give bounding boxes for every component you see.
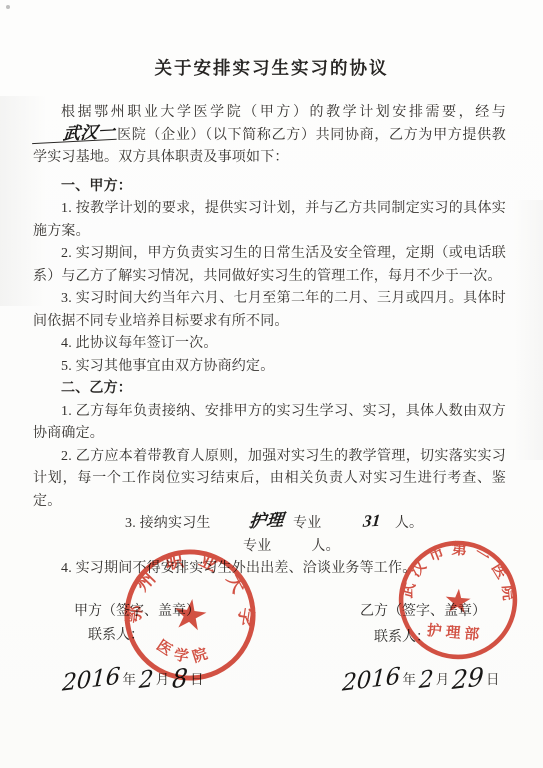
section-b-item-2: 2. 乙方应本着带教育人原则，加强对实习生的教学管理，切实落实实习计划，每一个工…	[33, 446, 506, 514]
section-b-heading: 二、乙方：	[33, 378, 506, 401]
party-b-handwritten-day: 29	[452, 662, 485, 695]
month-unit-b: 月	[436, 672, 451, 687]
document-title: 关于安排实习生实习的协议	[0, 55, 543, 80]
scan-artifact-smudge-right	[513, 200, 543, 460]
party-b-official-seal: 武汉市第一医院 ★ 护理部	[389, 532, 527, 669]
year-unit-b: 年	[403, 672, 418, 687]
intro-text-before-blank: 根据鄂州职业大学医学院（甲方）的教学计划安排需要，经与	[61, 105, 506, 120]
seal-b-star-icon: ★	[442, 582, 474, 620]
seal-b-department-text: 护理部	[426, 621, 484, 644]
day-unit-b: 日	[486, 672, 501, 687]
section-a-item-2: 2. 实习期间，甲方负责实习生的日常生活及安全管理，定期（或电话联系）与乙方了解…	[33, 243, 506, 288]
section-a-item-3: 3. 实习时间大约当年六月、七月至第二年的二月、三月或四月。具体时间依据不同专业…	[33, 288, 506, 333]
accept-prefix: 3. 接纳实习生	[125, 516, 211, 531]
section-b-accept-line-1: 3. 接纳实习生护理专业31人。	[33, 513, 506, 536]
handwritten-count: 31	[335, 514, 382, 530]
party-a-official-seal: 鄂州职业大学 ★ 医学院	[112, 537, 268, 693]
seal-a-bottom-text: 医学院	[152, 635, 217, 669]
count-unit-blank: 人。	[311, 539, 339, 554]
section-b-item-1: 1. 乙方每年负责接纳、安排甲方的实习生学习、实习，具体人数由双方协商确定。	[33, 401, 506, 446]
intro-paragraph: 根据鄂州职业大学医学院（甲方）的教学计划安排需要，经与武汉一医院（企业）（以下简…	[33, 102, 506, 170]
scan-artifact-dot	[6, 5, 10, 9]
major-label: 专业	[293, 516, 321, 531]
major-label-blank: 专业	[243, 539, 271, 554]
section-a-item-1: 1. 按教学计划的要求，提供实习计划，并与乙方共同制定实习的具体实施方案。	[33, 198, 506, 243]
handwritten-major: 护理	[220, 513, 284, 530]
count-unit: 人。	[395, 516, 423, 531]
scanned-document-page: 关于安排实习生实习的协议 根据鄂州职业大学医学院（甲方）的教学计划安排需要，经与…	[0, 0, 543, 768]
handwritten-hospital-name: 武汉一	[32, 124, 117, 143]
section-a-item-5: 5. 实习其他事宜由双方协商约定。	[33, 356, 506, 379]
section-a-item-4: 4. 此协议每年签订一次。	[33, 333, 506, 356]
seal-a-star-icon: ★	[168, 589, 211, 640]
svg-text:医学院: 医学院	[152, 635, 217, 669]
section-a-heading: 一、甲方：	[33, 176, 506, 199]
party-b-date: 2016年2月29日	[340, 664, 501, 693]
party-b-handwritten-month: 2	[418, 666, 434, 694]
party-b-handwritten-year: 2016	[342, 663, 401, 697]
document-body: 根据鄂州职业大学医学院（甲方）的教学计划安排需要，经与武汉一医院（企业）（以下简…	[33, 102, 506, 581]
